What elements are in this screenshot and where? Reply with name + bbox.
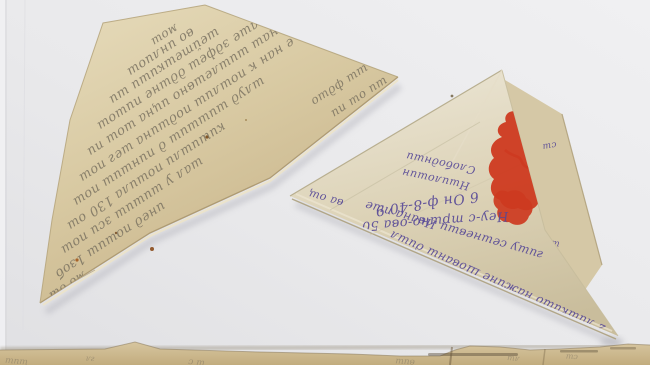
paper-tear-shadow xyxy=(428,353,518,356)
bottom-letter-scribble: виш xyxy=(395,356,415,365)
bottom-letter-scribble: лш xyxy=(506,354,520,364)
photo-canvas: шиш гл ш с виш лш сш сш шг xyxy=(0,0,650,365)
backdrop-edge-band xyxy=(0,0,5,365)
paper-speckle xyxy=(150,247,154,251)
photo-of-triangle-letters: шиш гл ш с виш лш сш сш шг xyxy=(0,0,650,365)
paper-tear-shadow xyxy=(610,347,636,350)
paper-speckle xyxy=(451,95,454,98)
paper-speckle xyxy=(245,119,247,121)
bottom-letter-scribble: гл xyxy=(86,355,96,364)
bottom-letter-scribble: сш xyxy=(565,352,578,362)
paper-tear-shadow xyxy=(560,350,598,353)
